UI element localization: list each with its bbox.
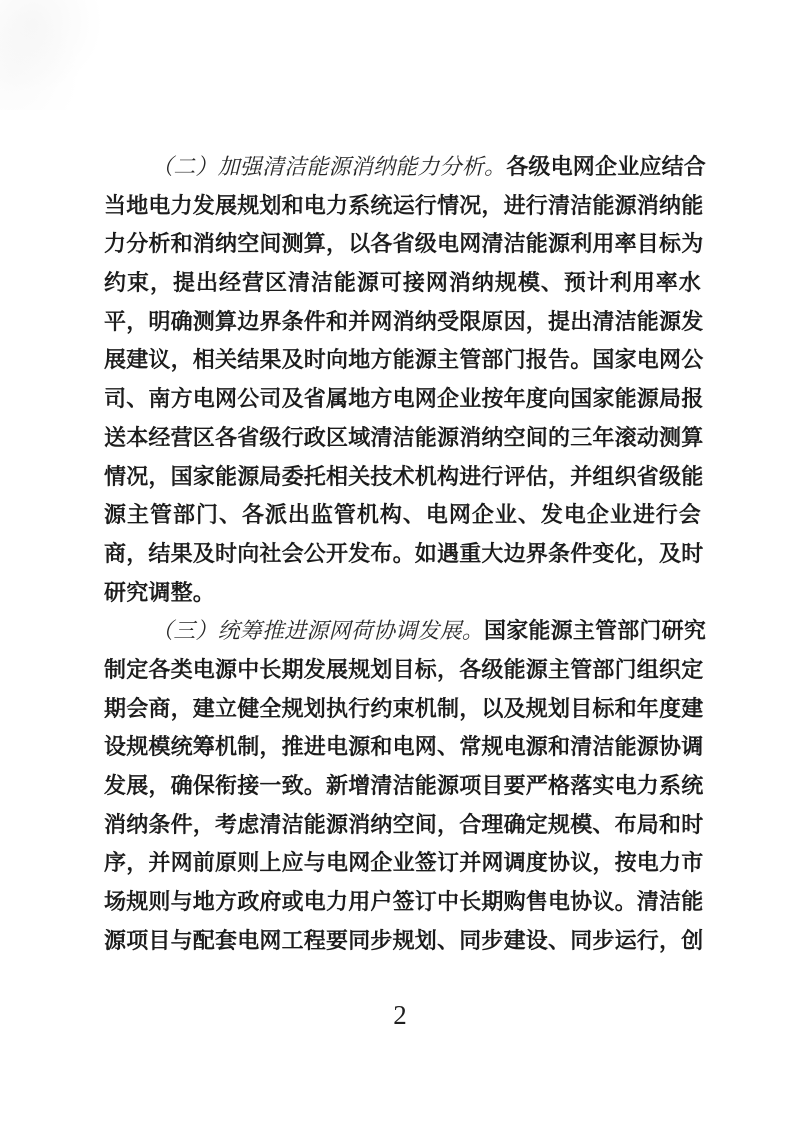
section-3-line: 设规模统筹机制，推进电源和电网、常规电源和清洁能源协调 — [104, 728, 701, 767]
section-2-line: 源主管部门、各派出监管机构、电网企业、发电企业进行会 — [104, 496, 701, 535]
section-3-opening-line: （三）统筹推进源网荷协调发展。国家能源主管部门研究 — [104, 612, 701, 651]
section-2-line: 力分析和消纳空间测算，以各省级电网清洁能源利用率目标为 — [104, 225, 701, 264]
section-3-line: 期会商，建立健全规划执行约束机制，以及规划目标和年度建 — [104, 690, 701, 729]
page-number: 2 — [0, 1000, 800, 1031]
section-3-heading: （三）统筹推进源网荷协调发展。 — [151, 618, 484, 643]
section-2-line: 当地电力发展规划和电力系统运行情况，进行清洁能源消纳能 — [104, 187, 701, 226]
section-2-line: 送本经营区各省级行政区域清洁能源消纳空间的三年滚动测算 — [104, 419, 701, 458]
section-2-line: 平，明确测算边界条件和并网消纳受限原因，提出清洁能源发 — [104, 303, 701, 342]
section-3-lead-text: 国家能源主管部门研究 — [484, 618, 706, 643]
section-2-line: 商，结果及时向社会公开发布。如遇重大边界条件变化，及时 — [104, 535, 701, 574]
body-text: （二）加强清洁能源消纳能力分析。各级电网企业应结合 当地电力发展规划和电力系统运… — [104, 148, 701, 960]
section-3-line: 源项目与配套电网工程要同步规划、同步建设、同步运行，创 — [104, 922, 701, 961]
section-2-opening-line: （二）加强清洁能源消纳能力分析。各级电网企业应结合 — [104, 148, 701, 187]
section-2-line: 司、南方电网公司及省属地方电网企业按年度向国家能源局报 — [104, 380, 701, 419]
section-2-line: 约束，提出经营区清洁能源可接网消纳规模、预计利用率水 — [104, 264, 701, 303]
section-2-last-line: 研究调整。 — [104, 574, 701, 613]
section-2-line: 情况，国家能源局委托相关技术机构进行评估，并组织省级能 — [104, 458, 701, 497]
section-3-line: 制定各类电源中长期发展规划目标，各级能源主管部门组织定 — [104, 651, 701, 690]
section-3-line: 序，并网前原则上应与电网企业签订并网调度协议，按电力市 — [104, 844, 701, 883]
document-page: （二）加强清洁能源消纳能力分析。各级电网企业应结合 当地电力发展规划和电力系统运… — [0, 0, 800, 1131]
section-3-line: 场规则与地方政府或电力用户签订中长期购售电协议。清洁能 — [104, 883, 701, 922]
section-2-heading: （二）加强清洁能源消纳能力分析。 — [151, 154, 506, 179]
section-3-line: 消纳条件，考虑清洁能源消纳空间，合理确定规模、布局和时 — [104, 806, 701, 845]
section-2-line: 展建议，相关结果及时向地方能源主管部门报告。国家电网公 — [104, 341, 701, 380]
scan-artifact — [0, 0, 110, 110]
section-3-line: 发展，确保衔接一致。新增清洁能源项目要严格落实电力系统 — [104, 767, 701, 806]
section-2-lead-text: 各级电网企业应结合 — [506, 154, 706, 179]
